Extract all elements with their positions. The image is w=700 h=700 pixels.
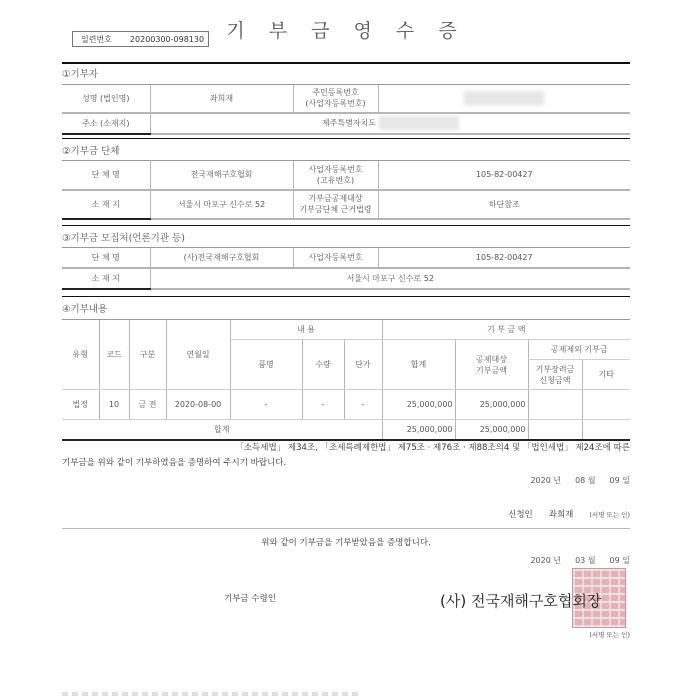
certification-text: 위와 같이 기부금을 기부받았음을 증명합니다. [62,535,630,551]
header-item: 품명 [230,340,302,390]
receiver-label: 기부금 수령인 [224,592,276,604]
redacted-id [464,91,544,105]
collector-name-value: (사)전국재해구호협회 [150,248,293,268]
section-detail-title: ④기부내용 [62,301,107,315]
application-date: 2020 년 08 월 09 일 [530,475,630,486]
header-code: 코드 [99,320,129,390]
collector-table: 단 체 명 (사)전국재해구호협회 사업자등록번호 105-82-00427 소… [62,247,630,290]
org-bizno-label: 사업자등록번호 (고유번호) [293,161,378,190]
donor-id-label: 주민등록번호 (사업자등록번호) [293,85,378,113]
header-date: 연월일 [166,320,230,390]
org-name-label: 단 체 명 [62,161,150,190]
donor-table: 성명 (법인명) 좌희재 주민등록번호 (사업자등록번호) 주소 (소재지) 제… [62,84,630,135]
header-other: 기타 [582,360,630,390]
redacted-address [379,116,459,130]
section-rule [62,296,630,297]
header-quantity: 수량 [302,340,344,390]
section-rule [62,225,630,226]
section-org-title: ②기부금 단체 [62,143,119,157]
org-basis-label: 기부금공제대상 기부금단체 근거법령 [293,190,378,219]
applicant-label: 신청인 [508,508,533,520]
applicant-sign-note: (서명 또는 인) [589,510,630,519]
org-location-label: 소 재 지 [62,190,150,219]
header-excluded: 공제제외 기부금 [528,340,630,360]
receiver-sign-note: (서명 또는 인) [589,630,630,639]
collector-location-value: 서울시 마포구 신수로 52 [150,268,630,289]
donor-address-value: 제주특별자치도 [150,113,630,134]
header-scholarship: 기부장려금 신청금액 [528,360,582,390]
org-location-value: 서울시 마포구 신수로 52 [150,190,293,219]
org-basis-value: 하단참조 [378,190,630,219]
header-category: 구분 [129,320,166,390]
footer-cut-off-text [62,692,362,696]
org-table: 단 체 명 전국재해구호협회 사업자등록번호 (고유번호) 105-82-004… [62,160,630,220]
collector-bizno-label: 사업자등록번호 [293,248,378,268]
table-row: 법정 10 금 전 2020-08-00 - - - 25,000,000 25… [62,390,630,420]
statement-line2: 기부금을 위와 같이 기부하였음을 증명하여 주시기 바랍니다. [62,455,630,471]
sum-total: 25,000,000 [382,420,455,440]
header-deductible: 공제대상 기부금액 [455,340,528,390]
section-rule [62,138,630,139]
collector-bizno-value: 105-82-00427 [378,248,630,268]
header-total: 합계 [382,340,455,390]
applicant-signature: 신청인 좌희재 (서명 또는 인) [508,508,630,520]
header-amount: 기 부 금 액 [382,320,630,340]
statement-line1: 「소득세법」 제34조, 「조세특례제한법」 제75조 · 제76조 · 제88… [62,440,630,456]
donor-address-label: 주소 (소재지) [62,113,150,134]
org-bizno-value: 105-82-00427 [378,161,630,190]
receiver-name: (사) 전국재해구호협회장 [440,590,601,611]
donor-name-value: 좌희재 [150,85,293,113]
divider [62,528,630,529]
donor-name-label: 성명 (법인명) [62,85,150,113]
sum-row: 합계 25,000,000 25,000,000 [62,420,630,440]
header-type: 유형 [62,320,99,390]
document-title: 기 부 금 영 수 증 [62,16,630,43]
sum-deductible: 25,000,000 [455,420,528,440]
donor-id-value [378,85,630,113]
collector-name-label: 단 체 명 [62,248,150,268]
certification-date: 2020 년 03 월 09 일 [530,555,630,566]
org-name-value: 전국재해구호협회 [150,161,293,190]
section-collector-title: ③기부금 모집처(언론기관 등) [62,230,185,244]
applicant-name: 좌희재 [549,508,574,520]
donation-detail-table: 유형 코드 구분 연월일 내 용 기 부 금 액 품명 수량 단가 합계 공제대… [62,319,630,441]
header-unit-price: 단가 [344,340,382,390]
section-donor-title: ①기부자 [62,66,98,80]
top-rule [62,62,630,64]
header-content: 내 용 [230,320,382,340]
sum-label: 합계 [62,420,382,440]
collector-location-label: 소 재 지 [62,268,150,289]
